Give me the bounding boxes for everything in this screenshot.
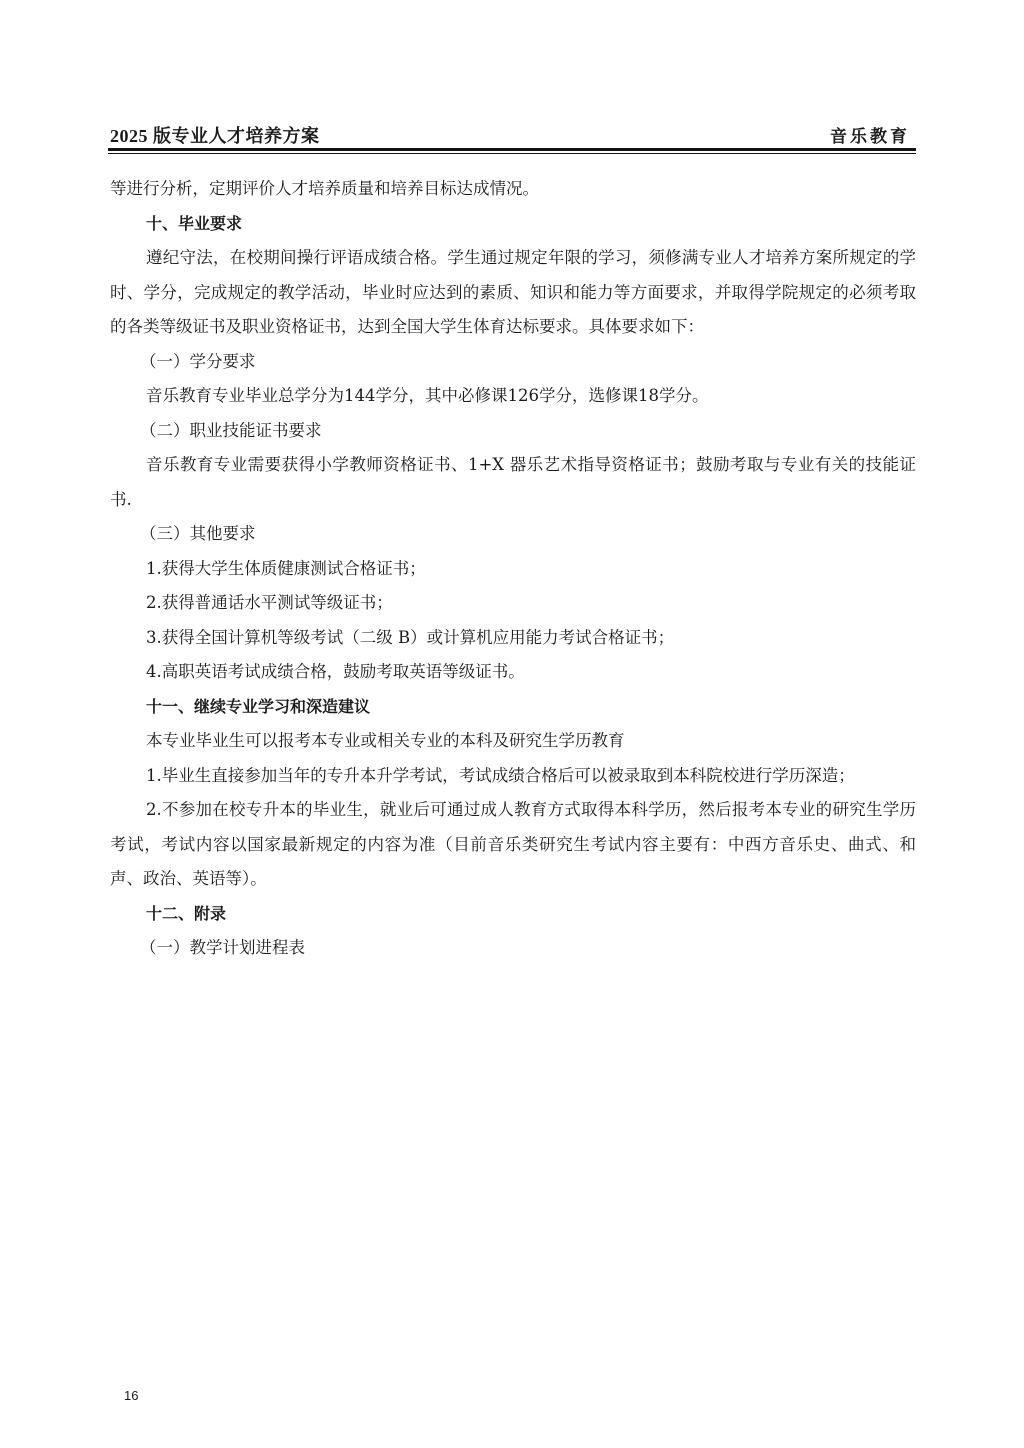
credit-requirements-text: 音乐教育专业毕业总学分为144学分，其中必修课126学分，选修课18学分。 [110,379,916,414]
subheading-certificate-requirements: （二）职业技能证书要求 [110,414,916,449]
list-item: 1.毕业生直接参加当年的专升本升学考试，考试成绩合格后可以被录取到本科院校进行学… [110,759,916,794]
list-item: 1.获得大学生体质健康测试合格证书； [110,552,916,587]
list-item: 2.不参加在校专升本的毕业生，就业后可通过成人教育方式取得本科学历，然后报考本专… [110,793,916,897]
subheading-teaching-plan-schedule: （一）教学计划进程表 [110,931,916,966]
header-rule-thin [108,153,916,154]
continuation-paragraph: 等进行分析，定期评价人才培养质量和培养目标达成情况。 [110,172,916,207]
page-content: 等进行分析，定期评价人才培养质量和培养目标达成情况。 十、毕业要求 遵纪守法，在… [110,172,916,966]
page-number: 16 [124,1388,138,1403]
header-rule-thick [108,148,916,151]
section-heading-further-study: 十一、继续专业学习和深造建议 [110,690,916,725]
list-item: 2.获得普通话水平测试等级证书； [110,586,916,621]
section-heading-appendix: 十二、附录 [110,897,916,932]
program-name: 音乐教育 [830,122,910,147]
further-study-intro: 本专业毕业生可以报考本专业或相关专业的本科及研究生学历教育 [110,724,916,759]
certificate-requirements-text: 音乐教育专业需要获得小学教师资格证书、1+X 器乐艺术指导资格证书；鼓励考取与专… [110,448,916,517]
graduation-requirements-intro: 遵纪守法，在校期间操行评语成绩合格。学生通过规定年限的学习，须修满专业人才培养方… [110,241,916,345]
page-header: 2025 版专业人才培养方案 音乐教育 [110,122,916,146]
document-title: 2025 版专业人才培养方案 [110,122,320,148]
section-heading-graduation-requirements: 十、毕业要求 [110,207,916,242]
list-item: 4.高职英语考试成绩合格，鼓励考取英语等级证书。 [110,655,916,690]
subheading-credit-requirements: （一）学分要求 [110,345,916,380]
list-item: 3.获得全国计算机等级考试（二级 B）或计算机应用能力考试合格证书； [110,621,916,656]
subheading-other-requirements: （三）其他要求 [110,517,916,552]
